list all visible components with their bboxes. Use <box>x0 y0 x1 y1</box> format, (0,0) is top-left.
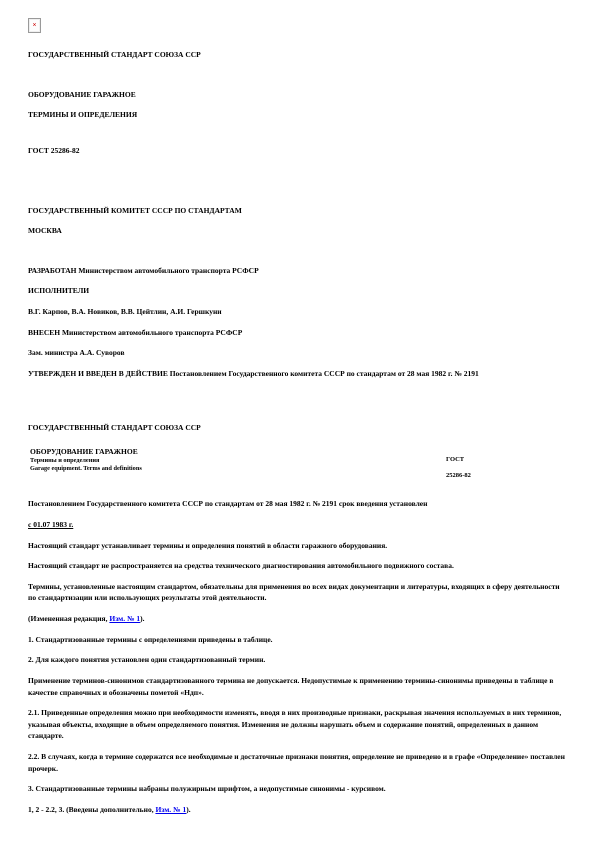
gost-label: ГОСТ <box>446 456 471 464</box>
amended-note: (Измененная редакция, Изм. № 1). <box>28 613 567 625</box>
doc-title-line1: ОБОРУДОВАНИЕ ГАРАЖНОЕ <box>28 89 567 101</box>
effective-date: с 01.07 1983 г. <box>28 519 567 531</box>
amendment-1-link[interactable]: Изм. № 1 <box>109 614 140 623</box>
standard-title-left: ОБОРУДОВАНИЕ ГАРАЖНОЕ Термины и определе… <box>28 447 446 473</box>
committee-line: ГОСУДАРСТВЕННЫЙ КОМИТЕТ СССР ПО СТАНДАРТ… <box>28 205 567 217</box>
gost-code: 25286-82 <box>446 472 471 480</box>
broken-image-icon: × <box>28 18 41 33</box>
standard-title-block: ОБОРУДОВАНИЕ ГАРАЖНОЕ Термины и определе… <box>28 447 567 489</box>
executors-label: ИСПОЛНИТЕЛИ <box>28 285 567 297</box>
amended-note-suffix: ). <box>140 614 144 623</box>
amended-note-prefix: (Измененная редакция, <box>28 614 109 623</box>
approved-line: УТВЕРЖДЕН И ВВЕДЕН В ДЕЙСТВИЕ Постановле… <box>28 368 567 380</box>
submitted-by-line: ВНЕСЕН Министерством автомобильного тран… <box>28 327 567 339</box>
developed-by-line: РАЗРАБОТАН Министерством автомобильного … <box>28 265 567 277</box>
added-note-suffix: ). <box>186 805 190 814</box>
document-page: × ГОСУДАРСТВЕННЫЙ СТАНДАРТ СОЮЗА ССР ОБО… <box>0 0 595 842</box>
item-2-2: 2.2. В случаях, когда в термине содержат… <box>28 751 567 774</box>
standard-subtitle-ru: Термины и определения <box>30 457 446 465</box>
added-note: 1, 2 - 2.2, 3. (Введены дополнительно, И… <box>28 804 567 816</box>
standard-union-header: ГОСУДАРСТВЕННЫЙ СТАНДАРТ СОЮЗА ССР <box>28 49 567 61</box>
city-line: МОСКВА <box>28 225 567 237</box>
item-2: 2. Для каждого понятия установлен один с… <box>28 654 567 666</box>
standard-title-ru: ОБОРУДОВАНИЕ ГАРАЖНОЕ <box>30 447 446 457</box>
standard-gost-designation: ГОСТ 25286-82 <box>446 447 471 489</box>
item-1: 1. Стандартизованные термины с определен… <box>28 634 567 646</box>
standard-subtitle-en: Garage equipment. Terms and definitions <box>30 465 446 473</box>
executors-names: В.Г. Карпов, В.А. Новиков, В.В. Цейтлин,… <box>28 306 567 318</box>
resolution-line: Постановлением Государственного комитета… <box>28 498 567 510</box>
added-note-prefix: 1, 2 - 2.2, 3. (Введены дополнительно, <box>28 805 155 814</box>
amendment-1-link-2[interactable]: Изм. № 1 <box>155 805 186 814</box>
scope-paragraph-1: Настоящий стандарт устанавливает термины… <box>28 540 567 552</box>
scope-paragraph-3: Термины, установленные настоящим стандар… <box>28 581 567 604</box>
item-3: 3. Стандартизованные термины набраны пол… <box>28 783 567 795</box>
gost-number: ГОСТ 25286-82 <box>28 145 567 157</box>
doc-title-line2: ТЕРМИНЫ И ОПРЕДЕЛЕНИЯ <box>28 109 567 121</box>
item-2-note: Применение терминов-синонимов стандартиз… <box>28 675 567 698</box>
deputy-minister-line: Зам. министра А.А. Суворов <box>28 347 567 359</box>
broken-image-x-glyph: × <box>33 22 37 29</box>
scope-paragraph-2: Настоящий стандарт не распространяется н… <box>28 560 567 572</box>
item-2-1: 2.1. Приведенные определения можно при н… <box>28 707 567 742</box>
standard-union-header-2: ГОСУДАРСТВЕННЫЙ СТАНДАРТ СОЮЗА ССР <box>28 422 567 434</box>
